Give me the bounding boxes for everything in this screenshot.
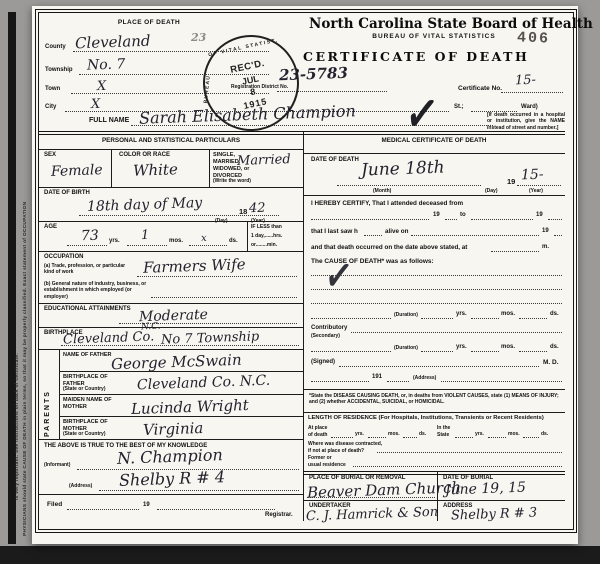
certify-line-1 [311,219,429,220]
occupation-label: OCCUPATION [44,254,83,261]
informant-label: (Informant) [44,462,70,468]
where-contracted-line [377,452,562,453]
line-under-parents [39,439,303,440]
duration1-line-2 [471,318,499,319]
margin-instruction-outer: is very important. See instructions on b… [15,70,20,500]
line-under-personal-title [39,149,303,150]
dob-year-value: 42 [249,201,266,217]
county-value: Cleveland [75,32,151,53]
filed-line-1 [67,509,139,510]
contributory-sublabel: (Secondary) [311,333,340,339]
duration1-mos: mos. [501,311,515,318]
line-under-dod [303,195,565,196]
informant-value: N. Champion [117,445,223,468]
date-of-death-year-value: 15- [521,167,544,184]
age-note-2: 1 day,......hrs. [251,233,282,239]
last-saw-line-2 [411,235,539,236]
signed-address-label: (Address) [413,375,436,381]
father-name-value: George McSwain [111,351,242,374]
city-label: City [45,104,56,111]
res-yrs-2: yrs. [475,431,484,437]
certify-line-3 [471,219,533,220]
certificate-no-line [501,92,563,93]
occupation-a-value: Farmers Wife [143,255,246,277]
former-residence-label-1: Former or [308,455,332,461]
parents-vertical-label: PARENTS [44,353,52,437]
race-label: COLOR OR RACE [119,152,170,159]
date-of-death-value: June 18th [361,158,445,181]
line-above-filed [39,494,303,495]
father-birthplace-value: Cleveland Co. N.C. [137,373,271,394]
duration1-line-1 [421,318,453,319]
hospital-note: [If death occurred in a hospital or inst… [487,112,565,131]
education-label: EDUCATIONAL ATTAINMENTS [44,306,131,313]
last-saw-text: that I last saw h [311,228,358,236]
mother-birthplace-sublabel: (State or Country) [63,431,106,437]
race-cell-divider [209,149,210,187]
certificate-no-value: 15- [515,73,536,89]
scan-bottom-band [0,546,600,564]
in-state-label-1: In the [437,425,450,431]
dod-year-printed: 19 [507,177,515,186]
where-contracted-label-1: Where was disease contracted, [308,441,382,447]
certificate-title: CERTIFICATE OF DEATH [303,49,493,64]
certificate-no-label: Certificate No. [458,85,502,93]
cause-checkmark: ✓ [323,253,355,298]
cause-footnote: *State the DISEASE CAUSING DEATH, or, in… [309,393,561,406]
age-yrs-label: yrs. [109,238,120,245]
mother-name-value: Lucinda Wright [131,396,249,418]
full-name-label: FULL NAME [89,117,129,125]
certify-19a: 19 [433,212,440,219]
town-value: X [97,79,107,94]
res-line-2 [368,437,386,438]
ward-label: Ward) [521,104,538,111]
dod-year-sublabel: (Year) [529,188,543,194]
res-line-1 [331,437,353,438]
at-place-label-1: At place [308,425,327,431]
line-under-burial-row [303,500,565,501]
place-of-death-title: PLACE OF DEATH [69,19,229,27]
certificate-stamp-number: 406 [517,29,551,47]
dob-value: 18th day of May [87,195,203,215]
duration2-line-1 [421,351,453,352]
age-line-2 [127,245,167,246]
duration1-label: (Duration) [394,312,418,318]
line-under-footnote [303,412,565,413]
last-saw-line-3 [554,235,562,236]
duration2-ds: ds. [550,344,559,351]
line-under-dob [39,221,303,222]
city-value: X [91,97,101,112]
former-residence-line [353,466,562,467]
contributory-line [351,332,562,333]
age-ds-label: ds. [229,238,238,245]
birthplace-insert: N.C. [141,322,161,333]
line-under-occupation [39,303,303,304]
dob-label: DATE OF BIRTH [44,190,90,197]
duration2-line-2 [471,351,499,352]
former-residence-label-2: usual residence [308,462,346,468]
line-under-medical-title [303,153,565,154]
line-under-birthplace [39,349,303,350]
signed-date-line-1 [311,381,369,382]
line-under-sex-row [39,187,303,188]
res-line-5 [488,437,506,438]
age-days-value: x [201,233,207,244]
age-mos-label: mos. [169,238,183,245]
contributory-label: Contributory [311,325,347,332]
signed-address-line [441,381,562,382]
res-line-4 [455,437,473,438]
duration1-yrs: yrs. [456,311,467,318]
certificate-form: PLACE OF DEATH County Cleveland 23 Towns… [35,9,577,533]
county-label: County [45,44,66,51]
signed-line [339,366,539,367]
duration2-label: (Duration) [394,345,418,351]
last-saw-line-1 [364,235,382,236]
duration1-ds: ds. [550,311,559,318]
line-under-education [39,327,303,328]
county-pencil-note: 23 [191,31,206,44]
informant-address-value: Shelby R # 4 [119,467,226,490]
residence-title: LENGTH OF RESIDENCE (For Hospitals, Inst… [308,415,544,422]
certify-to: to [460,212,466,219]
filed-line-2 [157,509,275,510]
duration2-line-3 [519,351,547,352]
res-line-3 [403,437,417,438]
scanned-death-certificate: is very important. See instructions on b… [0,0,600,564]
race-value: White [133,160,178,180]
header-divider [39,131,565,135]
personal-section-title: PERSONAL AND STATISTICAL PARTICULARS [39,137,303,145]
father-birthplace-sublabel: (State or Country) [63,386,106,392]
burial-date-value: June 19, 15 [445,480,526,499]
age-years-value: 73 [81,228,99,245]
margin-instruction-inner: PHYSICIANS should state CAUSE OF DEATH i… [23,20,28,536]
dod-day-sublabel: (Day) [485,188,498,194]
undertaker-address-value: Shelby R # 3 [451,506,538,524]
township-label: Township [45,67,73,74]
dod-month-sublabel: (Month) [373,188,391,194]
certify-line-4 [548,219,562,220]
duration2-mos: mos. [501,344,515,351]
duration1-line-0 [311,318,391,319]
registrar-label: Registrar. [265,512,293,519]
res-mos-2: mos. [508,431,520,437]
age-note-divider [247,221,248,251]
date-of-death-label: DATE OF DEATH [311,157,359,164]
medical-section-title: MEDICAL CERTIFICATE OF DEATH [303,137,565,145]
mother-name-label: MAIDEN NAME OF MOTHER [63,397,123,411]
age-note-1: IF LESS than [251,224,282,230]
certify-statement: I HEREBY CERTIFY, That I attended deceas… [311,200,463,208]
age-line-1 [67,245,107,246]
where-contracted-label-2: if not at place of death? [308,448,364,454]
res-ds-2: ds. [541,431,548,437]
filed-year-printed: 19 [143,502,150,509]
town-label: Town [45,86,60,93]
alive-on-text: alive on [385,228,408,236]
township-value: No. 7 [87,56,126,73]
res-line-6 [523,437,539,438]
res-yrs-1: yrs. [355,431,364,437]
sex-label: SEX [44,152,56,159]
res-mos-1: mos. [388,431,400,437]
age-months-value: 1 [141,228,150,243]
death-occurred-line [491,251,539,252]
dod-line-2 [517,185,561,186]
signed-label: (Signed) [311,359,335,366]
md-label: M. D. [543,359,559,367]
death-occurred-m: m. [542,244,549,251]
at-place-label-2: of death [308,432,327,438]
last-saw-19: 19 [542,228,549,235]
occupation-b-label: (b) General nature of industry, business… [44,281,148,300]
certify-19b: 19 [536,212,543,219]
age-line-3 [189,245,227,246]
column-divider [303,131,304,521]
dob-year-printed: 18 [239,207,247,216]
line-under-age [39,251,303,252]
marital-sublabel: (Write the word) [213,178,251,184]
burial-place-line [307,497,435,498]
line-under-mother-name [59,416,303,417]
street-label: St.; [454,104,464,111]
marital-value: Married [237,152,291,169]
mother-birthplace-value: Virginia [143,419,204,439]
duration2-yrs: yrs. [456,344,467,351]
in-state-label-2: State [437,432,449,438]
occupation-a-label: (a) Trade, profession, or particular kin… [44,263,136,276]
cause-line-3 [311,303,562,304]
dod-line-1 [337,185,481,186]
undertaker-value: C. J. Hamrick & Son [306,505,439,525]
occupation-b-line [151,297,297,298]
line-under-father-bp [59,394,303,395]
line-above-footnote [303,389,565,390]
signed-date-line-2 [387,381,409,382]
sex-cell-divider [111,149,112,187]
informant-address-line [99,490,299,491]
informant-address-label: (Address) [69,483,92,489]
signed-date-191: 191 [372,374,382,381]
filed-label: Filed [47,501,62,509]
age-note-3: or........min. [251,242,277,248]
certificate-paper: PLACE OF DEATH County Cleveland 23 Towns… [32,6,578,544]
duration2-line-0 [311,351,391,352]
age-label: AGE [44,224,57,231]
certify-line-2 [445,219,457,220]
sex-value: Female [51,162,103,180]
father-name-label: NAME OF FATHER [63,352,113,359]
duration1-line-3 [519,318,547,319]
res-ds-1: ds. [419,431,426,437]
